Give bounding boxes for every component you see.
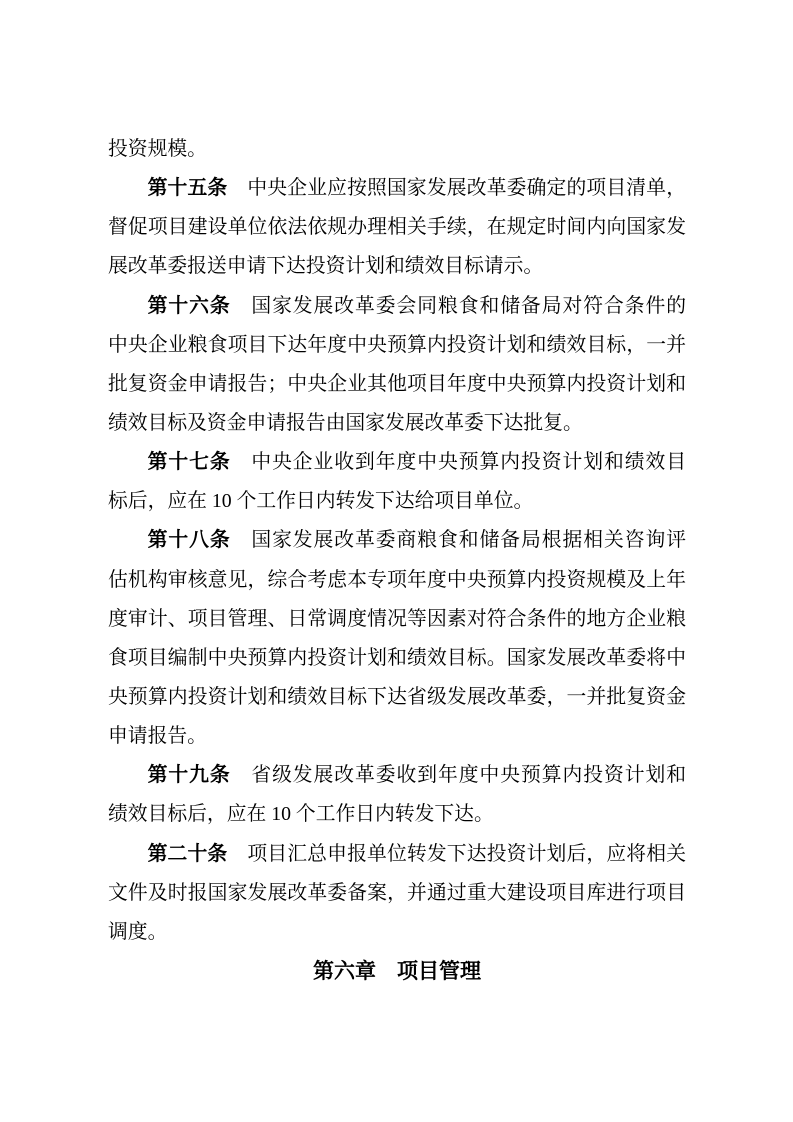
article-number-label: 第十七条	[148, 451, 231, 473]
chapter-heading: 第六章 项目管理	[108, 952, 686, 991]
body-text-line: 估机构审核意见，综合考虑本专项年度中央预算内投资规模及上年	[108, 561, 686, 600]
article-number-label: 第十九条	[148, 764, 231, 786]
article-number-label: 第二十条	[148, 843, 228, 865]
body-text-line: 央预算内投资计划和绩效目标下达省级发展改革委，一并批复资金	[108, 678, 686, 717]
body-text-line: 调度。	[108, 913, 686, 952]
article-opening-line: 第二十条 项目汇总申报单位转发下达投资计划后，应将相关	[108, 835, 686, 874]
article-number-label: 第十五条	[148, 177, 228, 199]
document-body: 投资规模。第十五条 中央企业应按照国家发展改革委确定的项目清单，督促项目建设单位…	[108, 130, 686, 991]
body-text-line: 绩效目标后，应在 10 个工作日内转发下达。	[108, 795, 686, 834]
article-number-label: 第十八条	[148, 529, 231, 551]
body-text-line: 展改革委报送申请下达投资计划和绩效目标请示。	[108, 247, 686, 286]
article-opening-line: 第十八条 国家发展改革委商粮食和储备局根据相关咨询评	[108, 521, 686, 560]
body-text-line: 食项目编制中央预算内投资计划和绩效目标。国家发展改革委将中	[108, 639, 686, 678]
body-text-line: 中央企业粮食项目下达年度中央预算内投资计划和绩效目标，一并	[108, 326, 686, 365]
article-opening-line: 第十九条 省级发展改革委收到年度中央预算内投资计划和	[108, 756, 686, 795]
body-text-line: 督促项目建设单位依法依规办理相关手续，在规定时间内向国家发	[108, 208, 686, 247]
article-opening-line: 第十五条 中央企业应按照国家发展改革委确定的项目清单，	[108, 169, 686, 208]
article-opening-line: 第十六条 国家发展改革委会同粮食和储备局对符合条件的	[108, 287, 686, 326]
body-text-line: 文件及时报国家发展改革委备案，并通过重大建设项目库进行项目	[108, 874, 686, 913]
body-text-line: 投资规模。	[108, 130, 686, 169]
body-text-line: 申请报告。	[108, 717, 686, 756]
document-page: 投资规模。第十五条 中央企业应按照国家发展改革委确定的项目清单，督促项目建设单位…	[0, 0, 793, 1122]
body-text-line: 度审计、项目管理、日常调度情况等因素对符合条件的地方企业粮	[108, 600, 686, 639]
body-text-line: 批复资金申请报告；中央企业其他项目年度中央预算内投资计划和	[108, 365, 686, 404]
body-text-line: 标后，应在 10 个工作日内转发下达给项目单位。	[108, 482, 686, 521]
article-number-label: 第十六条	[148, 295, 231, 317]
article-opening-line: 第十七条 中央企业收到年度中央预算内投资计划和绩效目	[108, 443, 686, 482]
body-text-line: 绩效目标及资金申请报告由国家发展改革委下达批复。	[108, 404, 686, 443]
